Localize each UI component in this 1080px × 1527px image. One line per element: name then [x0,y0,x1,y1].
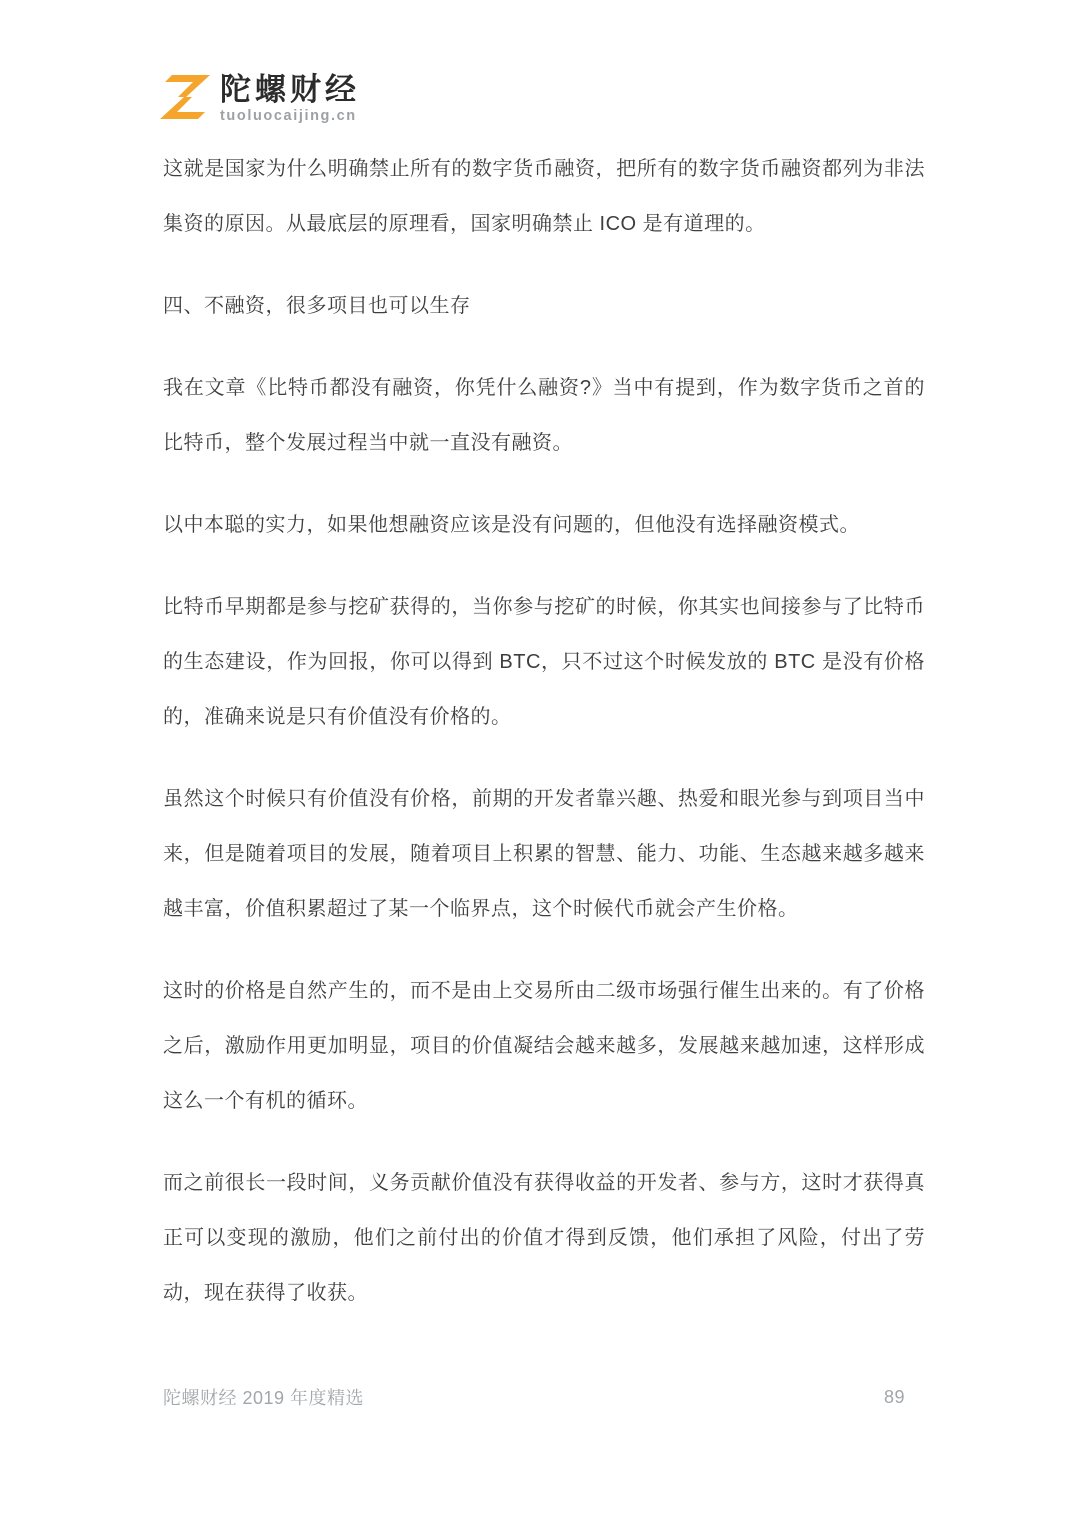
footer-booklet-title: 陀螺财经 2019 年度精选 [163,1384,364,1410]
body-paragraph: 以中本聪的实力，如果他想融资应该是没有问题的，但他没有选择融资模式。 [163,498,925,553]
body-paragraph: 而之前很长一段时间，义务贡献价值没有获得收益的开发者、参与方，这时才获得真正可以… [163,1156,925,1321]
body-paragraph: 这时的价格是自然产生的，而不是由上交易所由二级市场强行催生出来的。有了价格之后，… [163,964,925,1129]
document-page: 陀螺财经 tuoluocaijing.cn 这就是国家为什么明确禁止所有的数字货… [0,0,1080,1527]
tuoluo-z-logo-icon [160,62,210,119]
brand-name: 陀螺财经 [220,74,360,105]
footer-page-number: 89 [884,1387,905,1408]
section-heading: 四、不融资，很多项目也可以生存 [163,279,925,334]
page-footer: 陀螺财经 2019 年度精选 89 [163,1384,925,1410]
body-paragraph: 这就是国家为什么明确禁止所有的数字货币融资，把所有的数字货币融资都列为非法集资的… [163,142,925,252]
brand-text-block: 陀螺财经 tuoluocaijing.cn [220,74,360,124]
body-paragraph: 虽然这个时候只有价值没有价格，前期的开发者靠兴趣、热爱和眼光参与到项目当中来，但… [163,772,925,937]
brand-logo: 陀螺财经 tuoluocaijing.cn [160,62,360,124]
article-body: 这就是国家为什么明确禁止所有的数字货币融资，把所有的数字货币融资都列为非法集资的… [163,142,925,1348]
brand-domain: tuoluocaijing.cn [220,108,360,124]
body-paragraph: 比特币早期都是参与挖矿获得的，当你参与挖矿的时候，你其实也间接参与了比特币的生态… [163,580,925,745]
body-paragraph: 我在文章《比特币都没有融资，你凭什么融资?》当中有提到，作为数字货币之首的比特币… [163,361,925,471]
